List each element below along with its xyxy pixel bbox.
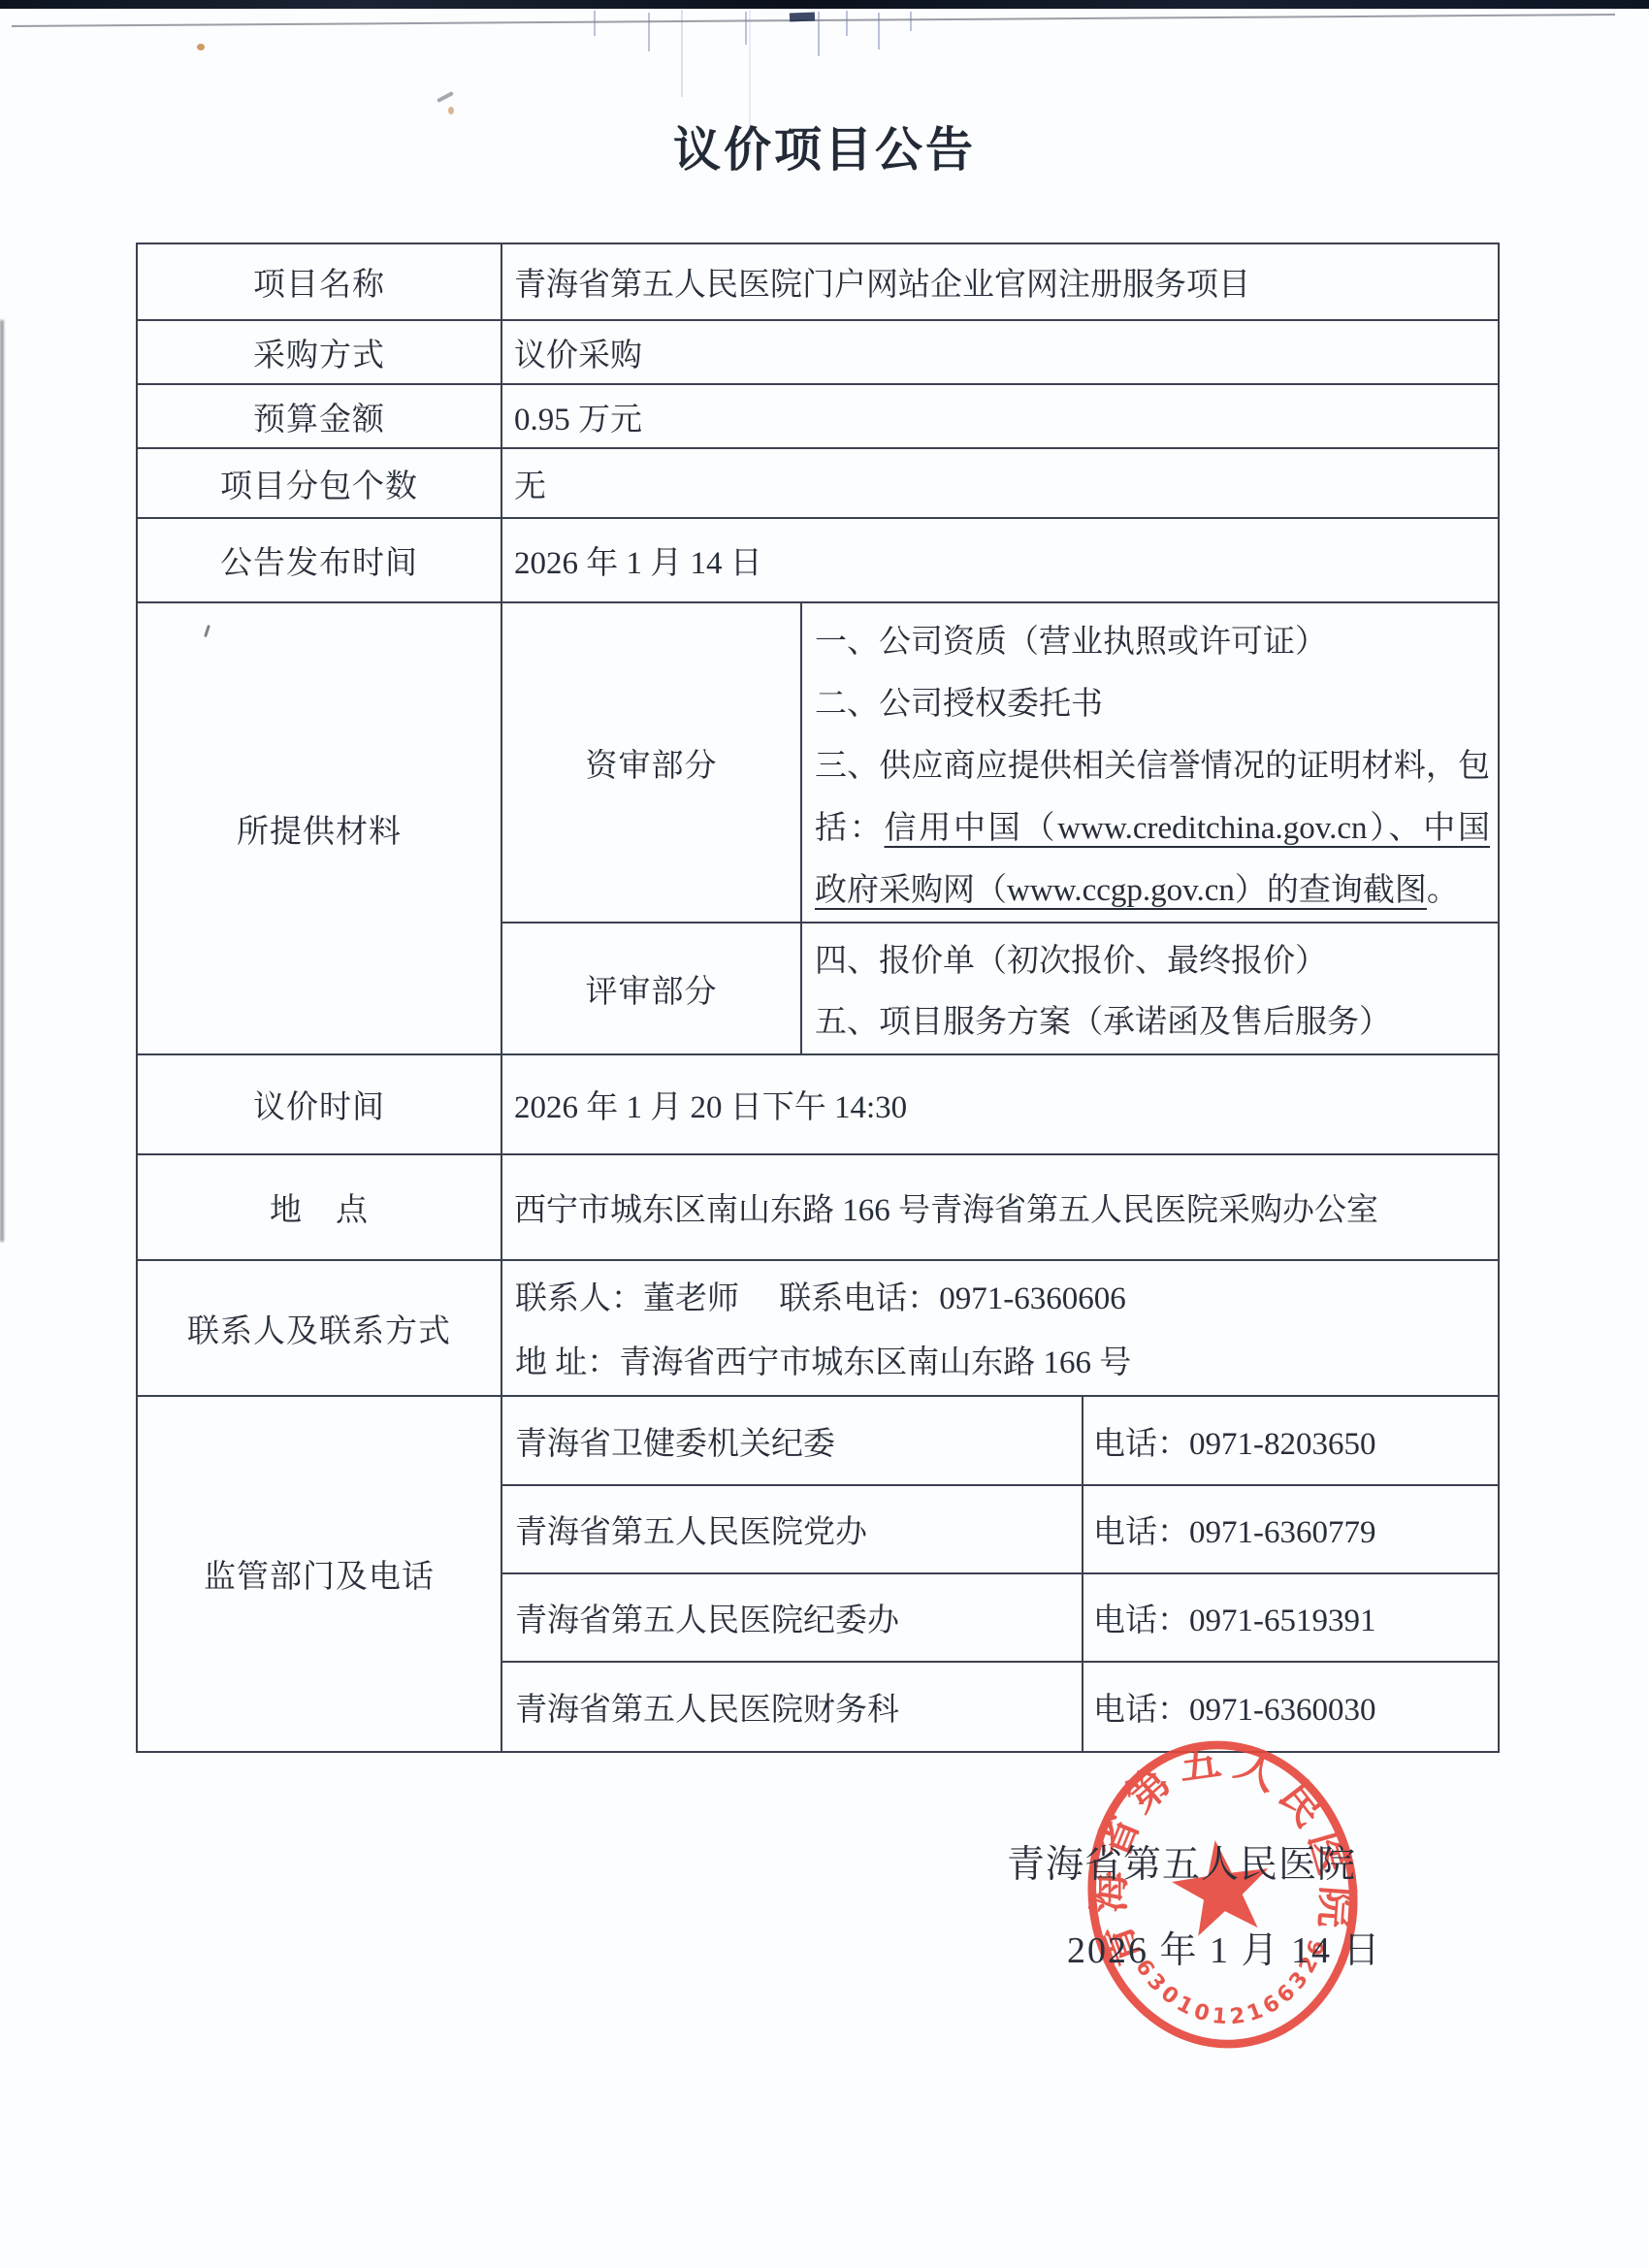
row-label: 预算金额 bbox=[137, 384, 501, 448]
table-row-procurement-method: 采购方式 议价采购 bbox=[137, 320, 1499, 384]
row-label: 所提供材料 bbox=[137, 602, 501, 1054]
section-label: 评审部分 bbox=[502, 923, 801, 1053]
row-label: 公告发布时间 bbox=[137, 518, 501, 602]
scan-smudge bbox=[790, 13, 815, 22]
department-name: 青海省第五人民医院纪委办 bbox=[502, 1573, 1083, 1662]
signature-organization: 青海省第五人民医院 bbox=[1007, 1834, 1356, 1889]
table-row-publish-date: 公告发布时间 2026 年 1 月 14 日 bbox=[137, 518, 1499, 602]
department-name: 青海省第五人民医院财务科 bbox=[502, 1662, 1083, 1751]
qualification-items: 一、公司资质（营业执照或许可证） 二、公司授权委托书 三、供应商应提供相关信誉情… bbox=[801, 603, 1498, 923]
row-label: 采购方式 bbox=[137, 320, 501, 384]
evaluation-section-row: 评审部分 四、报价单（初次报价、最终报价） 五、项目服务方案（承诺函及售后服务） bbox=[502, 923, 1498, 1053]
signature-date: 2026 年 1 月 14 日 bbox=[1067, 1920, 1382, 1973]
table-row-supervision: 监管部门及电话 青海省卫健委机关纪委 电话：0971-8203650 青海省第五… bbox=[137, 1396, 1499, 1752]
announcement-table: 项目名称 青海省第五人民医院门户网站企业官网注册服务项目 采购方式 议价采购 预… bbox=[136, 243, 1500, 1753]
department-phone: 电话：0971-8203650 bbox=[1083, 1397, 1498, 1485]
materials-inner-table: 资审部分 一、公司资质（营业执照或许可证） 二、公司授权委托书 三、供应商应提供… bbox=[502, 603, 1498, 1053]
row-value: 0.95 万元 bbox=[501, 384, 1499, 448]
department-phone: 电话：0971-6360779 bbox=[1083, 1485, 1498, 1573]
section-label: 资审部分 bbox=[502, 603, 801, 923]
department-phone: 电话：0971-6519391 bbox=[1083, 1573, 1498, 1662]
row-label: 项目分包个数 bbox=[137, 448, 501, 518]
qualification-section-row: 资审部分 一、公司资质（营业执照或许可证） 二、公司授权委托书 三、供应商应提供… bbox=[502, 603, 1498, 923]
page-title: 议价项目公告 bbox=[0, 113, 1649, 180]
material-item: 二、公司授权委托书 bbox=[815, 673, 1490, 735]
contact-person-line: 联系人：董老师 联系电话：0971-6360606 bbox=[515, 1267, 1490, 1331]
row-value: 无 bbox=[501, 448, 1499, 518]
row-label: 议价时间 bbox=[137, 1054, 501, 1154]
scanned-announcement-page: 议价项目公告 项目名称 青海省第五人民医院门户网站企业官网注册服务项目 采购方式… bbox=[0, 0, 1649, 2268]
supervision-row: 青海省第五人民医院党办 电话：0971-6360779 bbox=[502, 1485, 1498, 1573]
table-row-materials: 所提供材料 资审部分 一、公司资质（营业执照或许可证） 二、公司授权委托书 三、… bbox=[137, 602, 1499, 1054]
row-value: 青海省第五人民医院门户网站企业官网注册服务项目 bbox=[501, 243, 1499, 320]
item3-underlined-websites: 信用中国（www.creditchina.gov.cn）、中国政府采购网（www… bbox=[815, 811, 1490, 908]
table-row-location: 地 点 西宁市城东区南山东路 166 号青海省第五人民医院采购办公室 bbox=[137, 1154, 1499, 1260]
table-row-contact: 联系人及联系方式 联系人：董老师 联系电话：0971-6360606 地 址：青… bbox=[137, 1260, 1499, 1396]
row-value: 西宁市城东区南山东路 166 号青海省第五人民医院采购办公室 bbox=[501, 1154, 1499, 1260]
row-label: 项目名称 bbox=[137, 243, 501, 320]
material-item: 五、项目服务方案（承诺函及售后服务） bbox=[815, 992, 1490, 1053]
row-label: 联系人及联系方式 bbox=[137, 1260, 501, 1396]
contact-address-line: 地 址：青海省西宁市城东区南山东路 166 号 bbox=[515, 1331, 1490, 1395]
row-value: 议价采购 bbox=[501, 320, 1499, 384]
evaluation-items: 四、报价单（初次报价、最终报价） 五、项目服务方案（承诺函及售后服务） bbox=[801, 923, 1498, 1053]
scan-speck bbox=[448, 107, 454, 114]
supervision-row: 青海省第五人民医院纪委办 电话：0971-6519391 bbox=[502, 1573, 1498, 1662]
material-item: 三、供应商应提供相关信誉情况的证明材料，包括：信用中国（www.creditch… bbox=[815, 735, 1490, 922]
table-row-project-name: 项目名称 青海省第五人民医院门户网站企业官网注册服务项目 bbox=[137, 243, 1499, 320]
supervision-row: 青海省卫健委机关纪委 电话：0971-8203650 bbox=[502, 1397, 1498, 1485]
department-name: 青海省第五人民医院党办 bbox=[502, 1485, 1083, 1573]
official-seal-stamp: 青海省第五人民医院 6301012166326 bbox=[1075, 1734, 1371, 2055]
item3-suffix: 。 bbox=[1427, 873, 1459, 908]
scan-dash-mark bbox=[436, 91, 454, 103]
row-label: 监管部门及电话 bbox=[137, 1396, 501, 1752]
row-value: 2026 年 1 月 14 日 bbox=[501, 518, 1499, 602]
department-name: 青海省卫健委机关纪委 bbox=[502, 1397, 1083, 1485]
scan-left-edge-shadow bbox=[0, 320, 4, 1242]
supervision-inner-table: 青海省卫健委机关纪委 电话：0971-8203650 青海省第五人民医院党办 电… bbox=[502, 1397, 1498, 1751]
contact-info: 联系人：董老师 联系电话：0971-6360606 地 址：青海省西宁市城东区南… bbox=[501, 1260, 1499, 1396]
table-row-lot-count: 项目分包个数 无 bbox=[137, 448, 1499, 518]
material-item: 四、报价单（初次报价、最终报价） bbox=[815, 931, 1490, 992]
row-value: 2026 年 1 月 20 日下午 14:30 bbox=[501, 1054, 1499, 1154]
material-item: 一、公司资质（营业执照或许可证） bbox=[815, 611, 1490, 673]
table-row-negotiation-time: 议价时间 2026 年 1 月 20 日下午 14:30 bbox=[137, 1054, 1499, 1154]
scan-paper-edge-line bbox=[0, 0, 1649, 49]
row-label: 地 点 bbox=[137, 1154, 501, 1260]
table-row-budget: 预算金额 0.95 万元 bbox=[137, 384, 1499, 448]
